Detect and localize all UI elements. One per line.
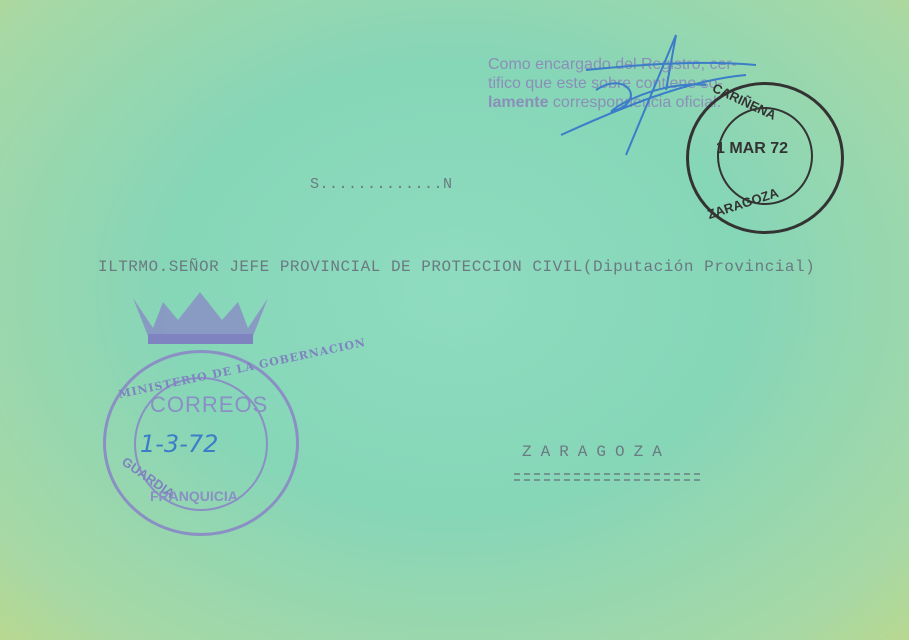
- recipient-city: ZARAGOZA: [522, 443, 671, 461]
- crown-icon: [128, 290, 273, 346]
- city-underline: [514, 473, 700, 481]
- signature-icon: [556, 30, 756, 160]
- cert-line-3-bold: lamente: [488, 94, 548, 111]
- recipient-address: ILTRMO.SEÑOR JEFE PROVINCIAL DE PROTECCI…: [98, 258, 815, 276]
- seal-center-text: CORREOS: [150, 392, 268, 418]
- handwritten-date: 1-3-72: [140, 430, 218, 458]
- salutation: S.............N: [310, 176, 453, 193]
